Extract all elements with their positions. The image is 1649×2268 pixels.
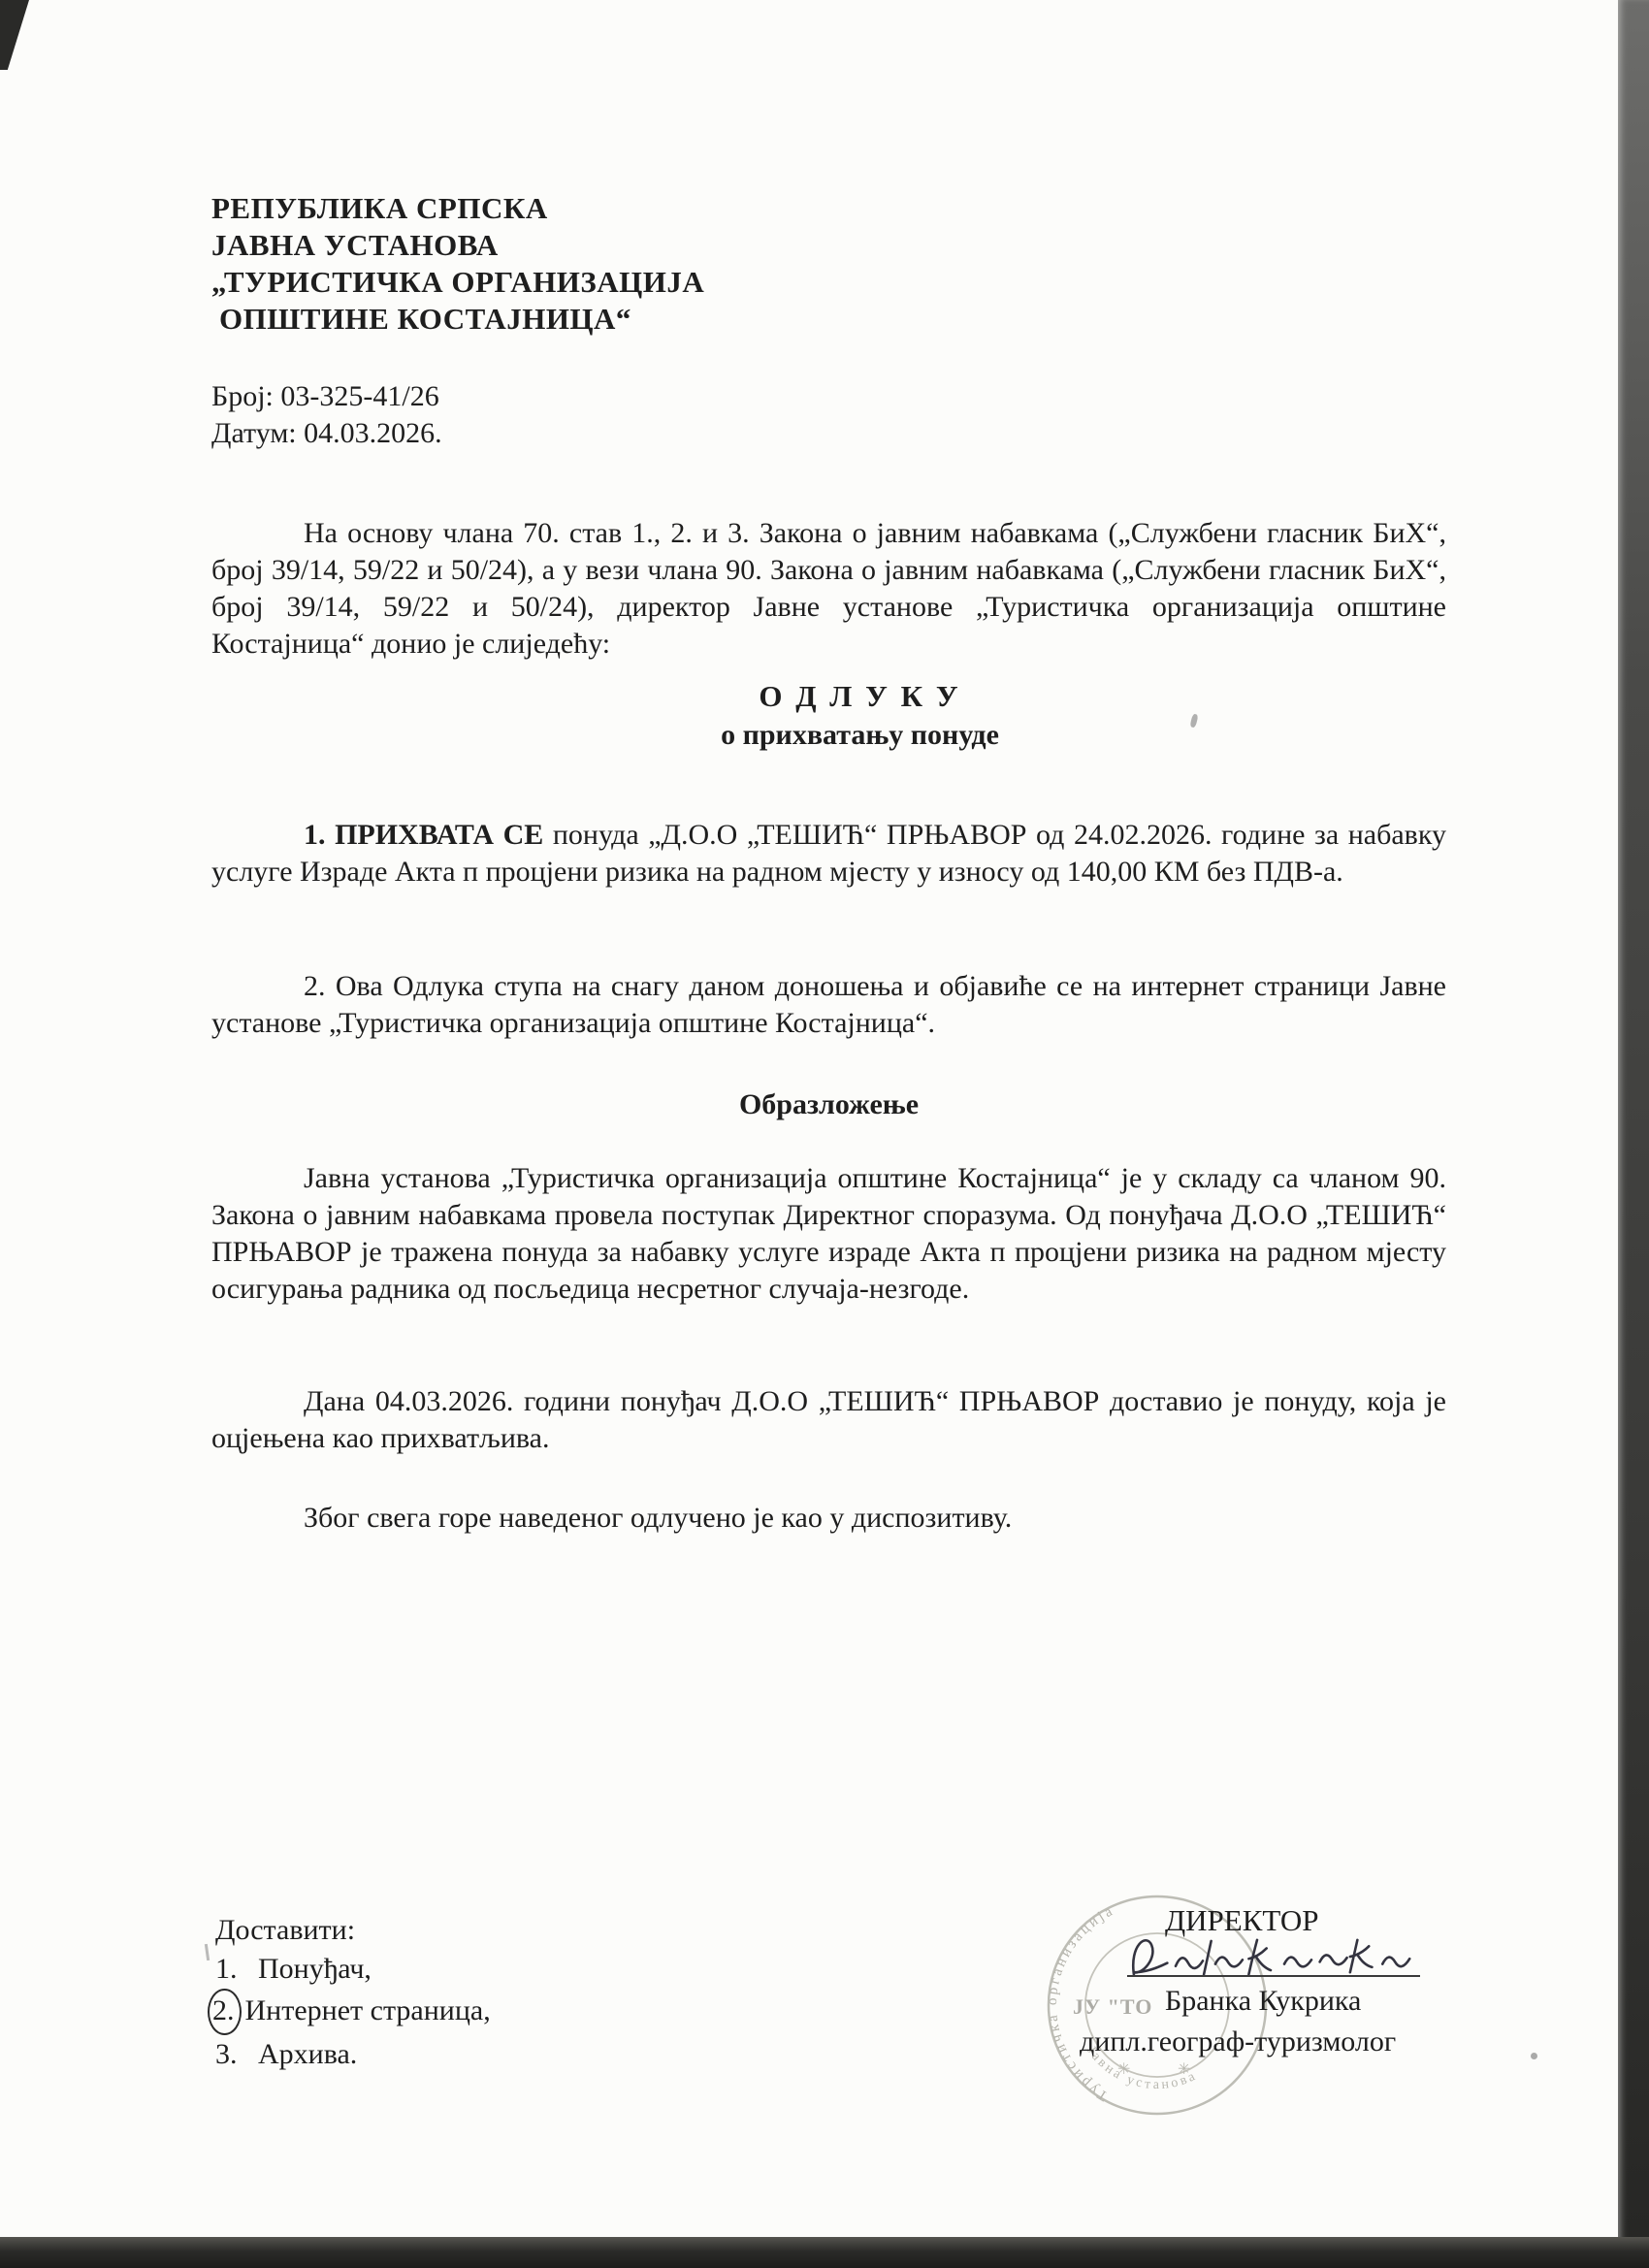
scan-speck [1531,2053,1537,2059]
distribution-item: 2.Интернет страница, [215,1989,491,2035]
explanation-paragraph: Дана 04.03.2026. години понуђач Д.О.О „Т… [211,1383,1446,1457]
document-number: Број: 03-325-41/26 [211,378,442,415]
distribution-item-number: 3. [215,2035,258,2074]
scan-edge-artifact-bottom [0,2237,1649,2268]
distribution-label: Доставити: [215,1911,491,1950]
letterhead-line: ОПШТИНЕ КОСТАЈНИЦА“ [211,301,704,338]
distribution-item: 1.Понуђач, [215,1950,491,1989]
preamble-paragraph: На основу члана 70. став 1., 2. и 3. Зак… [211,515,1446,663]
distribution-item-text: Интернет страница, [245,1994,491,2026]
explanation-paragraph: Због свега горе наведеног одлучено је ка… [211,1500,1446,1537]
distribution-list: Доставити: 1.Понуђач, 2.Интернет страниц… [215,1911,491,2074]
letterhead: РЕПУБЛИКА СРПСКА ЈАВНА УСТАНОВА „ТУРИСТИ… [211,190,704,338]
decision-subtitle: о прихватању понуде [242,716,1477,755]
document-date: Датум: 04.03.2026. [211,415,442,452]
document-meta: Број: 03-325-41/26 Датум: 04.03.2026. [211,378,442,452]
signature-line [1127,1975,1420,1977]
scan-speck [205,1944,210,1960]
scan-corner-artifact [0,0,29,70]
distribution-item-number: 1. [215,1950,258,1989]
stamp-star-icon: ✳ [1178,2061,1190,2078]
letterhead-line: РЕПУБЛИКА СРПСКА [211,190,704,227]
decision-title: О Д Л У К У [242,677,1477,716]
decision-item-2: 2. Ова Одлука ступа на снагу даном донош… [211,968,1446,1042]
decision-heading: О Д Л У К У о прихватању понуде [242,677,1477,755]
explanation-heading: Образложење [211,1088,1446,1121]
letterhead-line: ЈАВНА УСТАНОВА [211,227,704,264]
decision-item-1: 1. ПРИХВАТА СЕ понуда „Д.О.О „ТЕШИЋ“ ПРЊ… [211,817,1446,891]
letterhead-line: „ТУРИСТИЧКА ОРГАНИЗАЦИЈА [211,264,704,301]
scanned-document-page: РЕПУБЛИКА СРПСКА ЈАВНА УСТАНОВА „ТУРИСТИ… [0,0,1649,2268]
distribution-item-number-circled: 2. [208,1989,242,2035]
distribution-item: 3.Архива. [215,2035,491,2074]
scan-edge-artifact-right [1618,0,1649,2268]
signatory-role: дипл.географ-туризмолог [1080,2025,1396,2058]
decision-item-1-lead: 1. ПРИХВАТА СЕ [304,819,543,851]
stamp-center-text: ЈУ "ТО [1073,1994,1152,2019]
stamp-star-icon: ✳ [1117,2061,1130,2078]
signatory-name: Бранка Кукрика [1165,1985,1361,2018]
distribution-item-text: Понуђач, [258,1953,372,1985]
distribution-item-text: Архива. [258,2038,357,2070]
explanation-paragraph: Јавна установа „Туристичка организација … [211,1160,1446,1308]
